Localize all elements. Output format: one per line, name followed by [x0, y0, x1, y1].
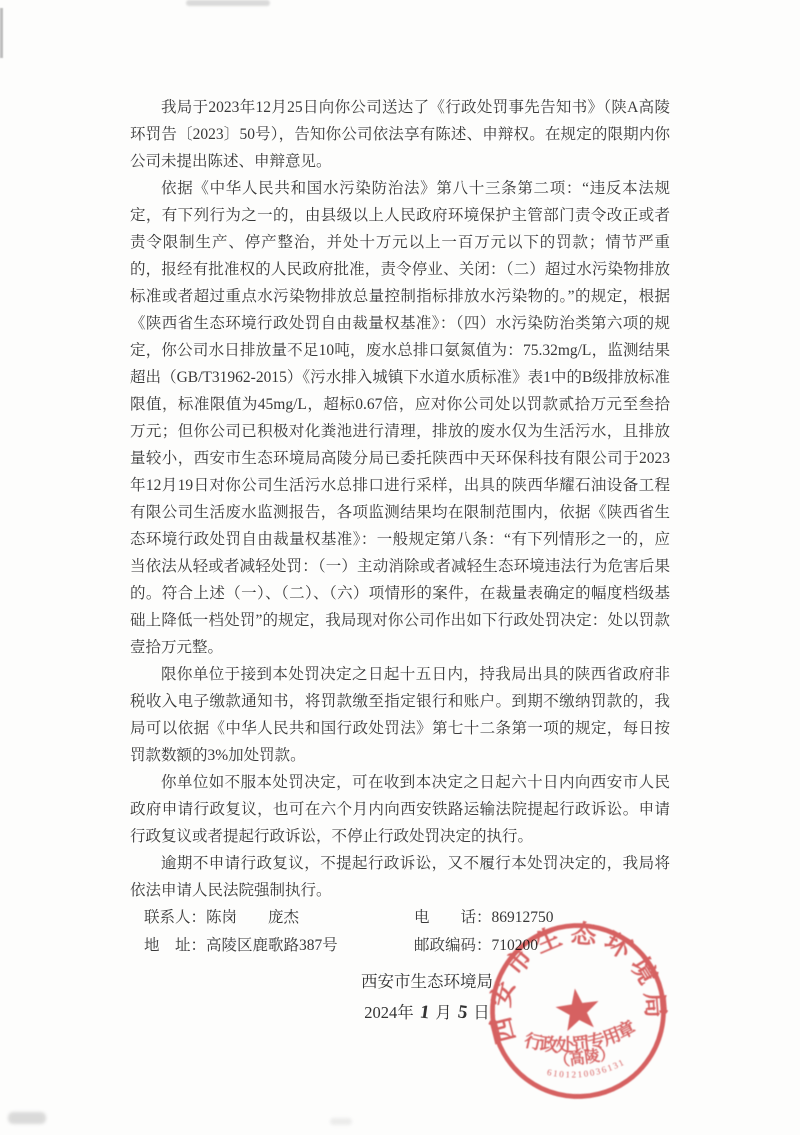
- scan-smudge-top: [186, 0, 270, 6]
- contact-person: 联系人：陈岗 庞杰: [144, 904, 414, 932]
- signature-date: 2024年1月5日: [312, 997, 542, 1028]
- paragraph-enforcement: 逾期不申请行政复议，不提起行政诉讼，又不履行本处罚决定的，我局将依法申请人民法院…: [130, 850, 670, 904]
- scanned-document-page: 我局于2023年12月25日向你公司送达了《行政处罚事先告知书》（陕A高陵环罚告…: [0, 0, 800, 1135]
- signature-month-digit: 1: [412, 996, 438, 1030]
- contact-address-value: 高陵区鹿歌路387号: [206, 937, 338, 954]
- scan-edge-mark: [0, 8, 3, 58]
- signature-agency: 西安市生态环境局: [312, 966, 542, 997]
- contact-person-value: 陈岗 庞杰: [206, 909, 299, 926]
- contact-postal-label: 邮政编码：: [414, 937, 492, 954]
- contact-postal-value: 710200: [492, 937, 539, 954]
- contact-row-address-postal: 地 址：高陵区鹿歌路387号 邮政编码：710200: [130, 932, 670, 960]
- signature-month-unit: 月: [435, 1003, 452, 1022]
- paragraph-notice: 我局于2023年12月25日向你公司送达了《行政处罚事先告知书》（陕A高陵环罚告…: [130, 94, 670, 175]
- seal-serial-text: 6101210036131: [545, 1056, 626, 1084]
- contact-address: 地 址：高陵区鹿歌路387号: [144, 932, 414, 960]
- scan-smudge-bottom-left: [8, 1112, 46, 1124]
- seal-serial-holder: 6101210036131: [545, 1056, 626, 1084]
- contact-row-person-phone: 联系人：陈岗 庞杰 电 话：86912750: [130, 904, 670, 932]
- signature-block: 西安市生态环境局 2024年1月5日: [312, 966, 542, 1028]
- contact-postal: 邮政编码：710200: [414, 932, 670, 960]
- paragraph-payment: 限你单位于接到本处罚决定之日起十五日内，持我局出具的陕西省政府非税收入电子缴款通…: [130, 661, 670, 769]
- signature-year: 2024年: [364, 1003, 414, 1022]
- contact-phone-label: 电 话：: [414, 909, 492, 926]
- contact-person-label: 联系人：: [144, 909, 206, 926]
- document-body: 我局于2023年12月25日向你公司送达了《行政处罚事先告知书》（陕A高陵环罚告…: [130, 94, 670, 1028]
- contact-address-label: 地 址：: [144, 937, 206, 954]
- contact-phone-value: 86912750: [492, 909, 554, 926]
- signature-day-digit: 5: [450, 996, 476, 1030]
- contact-phone: 电 话：86912750: [414, 904, 670, 932]
- seal-region-text: （高陵）: [553, 1045, 616, 1071]
- paragraph-legal-basis: 依据《中华人民共和国水污染防治法》第八十三条第二项：“违反本法规定，有下列行为之…: [130, 175, 670, 661]
- paragraph-appeal: 你单位如不服本处罚决定，可在收到本决定之日起六十日内向西安市人民政府申请行政复议…: [130, 769, 670, 850]
- scan-smudge-bottom-center: [330, 1118, 352, 1125]
- signature-day-unit: 日: [473, 1003, 490, 1022]
